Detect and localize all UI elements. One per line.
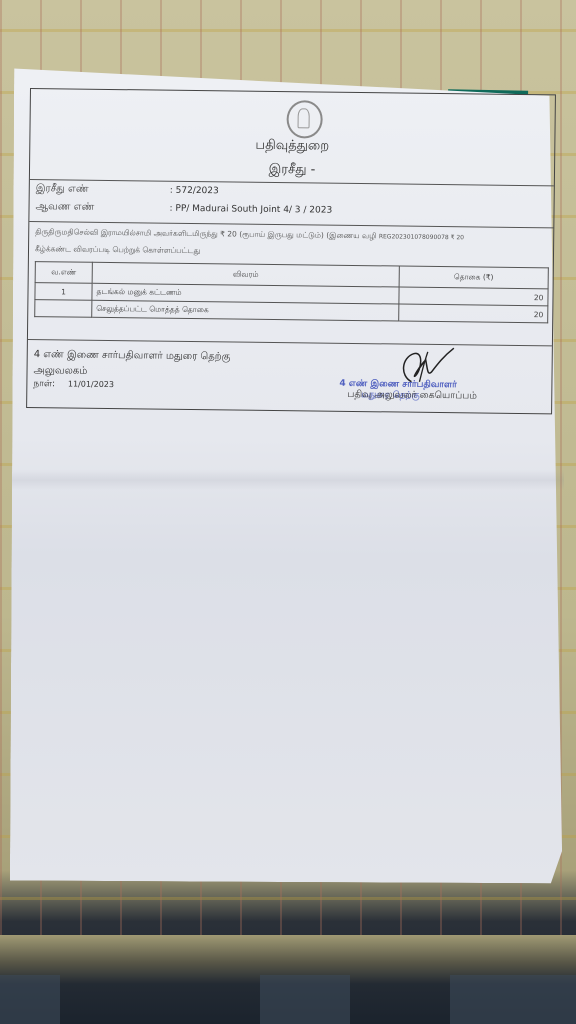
date-value: 11/01/2023 — [68, 379, 114, 389]
fees-table: வ.எண் விவரம் தொகை (₹) 1 தடங்கல் மனுக் கட… — [34, 261, 549, 323]
col-serial: வ.எண் — [35, 262, 92, 284]
document-number-value: : PP/ Madurai South Joint 4/ 3 / 2023 — [169, 204, 332, 216]
department-name: பதிவுத்துறை — [30, 135, 554, 157]
row-serial — [35, 300, 92, 318]
background-cloth-bottom — [0, 935, 576, 1024]
receipt-number-label: இரசீது எண் — [36, 183, 89, 196]
government-emblem-icon — [286, 100, 322, 138]
divider — [28, 339, 552, 346]
row-serial: 1 — [35, 283, 92, 301]
row-description: செலுத்தப்பட்ட மொத்தத் தொகை — [92, 300, 399, 321]
row-amount: 20 — [399, 304, 548, 323]
cloth-stripe — [450, 975, 576, 1024]
paper-fold — [12, 470, 564, 490]
cloth-stripe — [0, 975, 60, 1024]
row-amount: 20 — [399, 287, 548, 306]
document-number-label: ஆவண எண் — [35, 201, 94, 214]
date-row: நாள்: 11/01/2023 — [33, 379, 114, 391]
cloth-stripe — [260, 975, 350, 1024]
receipt-number-value: : 572/2023 — [170, 186, 219, 197]
col-amount: தொகை (₹) — [399, 266, 548, 289]
signature-label: பதிவு அலுவலர் கையொப்பம் — [347, 389, 477, 403]
receipt-box: பதிவுத்துறை இரசீது - இரசீது எண் : 572/20… — [26, 88, 556, 414]
statement-line-1: திருதிருமதிசெல்வி இராமயில்சாமி அவர்களிடம… — [35, 227, 376, 240]
reg-number: REG202301078090078 ₹ 20 — [379, 233, 464, 241]
receipt-title: இரசீது - — [30, 159, 554, 181]
date-label: நாள்: — [33, 379, 55, 389]
office-name: 4 எண் இணை சார்பதிவாளர் மதுரை தெற்கு அலுவ… — [33, 347, 230, 381]
